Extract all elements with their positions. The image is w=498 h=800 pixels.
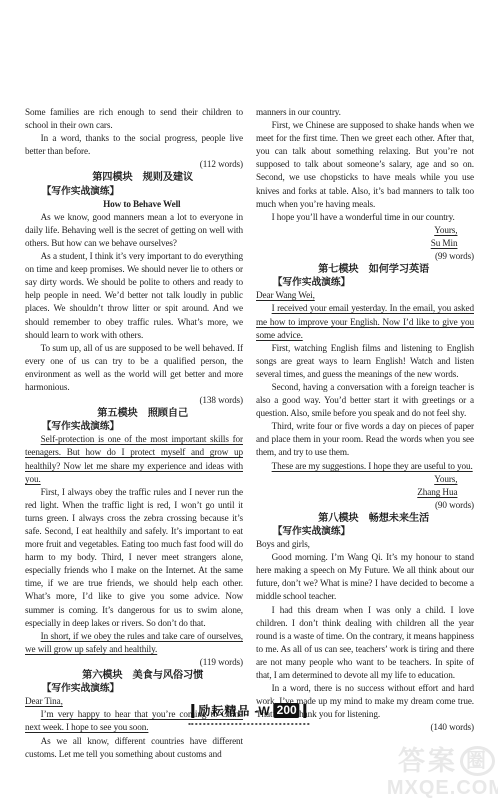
signature: Su Min [256, 237, 474, 250]
module4-heading: 第四模块 规则及建议 [25, 171, 243, 184]
paragraph: As we know, good manners mean a lot to e… [25, 211, 243, 250]
series-label: -W [254, 704, 269, 718]
signoff: Yours, [256, 224, 474, 237]
module7-heading: 第七模块 如何学习英语 [256, 263, 474, 276]
paragraph: I had this dream when I was only a child… [256, 604, 474, 683]
paragraph: First, watching English films and listen… [256, 342, 474, 381]
two-column-layout: Some families are rich enough to send th… [25, 106, 475, 761]
watermark: 答案 圈 MXQE.COM [387, 746, 498, 800]
watermark-circle-icon: 圈 [460, 746, 495, 776]
paragraph: In a word, thanks to the social progress… [25, 132, 243, 158]
paragraph: Some families are rich enough to send th… [25, 106, 243, 132]
watermark-site: MXQE.COM [387, 776, 498, 800]
practice-label: 【写作实战演练】 [25, 682, 243, 695]
page-number-badge: 200 [274, 703, 300, 718]
book-page: Some families are rich enough to send th… [0, 0, 498, 800]
practice-label: 【写作实战演练】 [256, 525, 474, 538]
essay-title: How to Behave Well [25, 198, 243, 211]
word-count: (99 words) [256, 250, 474, 263]
page-footer: 励耘精品 -W 200 [188, 701, 309, 725]
practice-label: 【写作实战演练】 [256, 276, 474, 289]
word-count: (138 words) [25, 394, 243, 407]
underlined-paragraph: These are my suggestions. I hope they ar… [256, 460, 474, 473]
paragraph: Good morning. I’m Wang Qi. It’s my honou… [256, 551, 474, 603]
word-count: (112 words) [25, 158, 243, 171]
paragraph: Third, write four or five words a day on… [256, 420, 474, 459]
underlined-paragraph: In short, if we obey the rules and take … [25, 630, 243, 656]
practice-label: 【写作实战演练】 [25, 420, 243, 433]
paragraph: First, we Chinese are supposed to shake … [256, 119, 474, 211]
module5-heading: 第五模块 照顾自己 [25, 407, 243, 420]
word-count: (90 words) [256, 499, 474, 512]
paragraph: As a student, I think it’s very importan… [25, 250, 243, 342]
signature: Zhang Hua [256, 486, 474, 499]
signoff: Yours, [256, 473, 474, 486]
paragraph: I hope you’ll have a wonderful time in o… [256, 211, 474, 224]
paragraph: Second, having a conversation with a for… [256, 381, 474, 420]
right-column: manners in our country. First, we Chines… [256, 106, 474, 761]
watermark-logo: 答案 圈 [387, 746, 498, 776]
left-column: Some families are rich enough to send th… [25, 106, 243, 761]
footer-left-bar [191, 704, 194, 718]
paragraph: manners in our country. [256, 106, 474, 119]
practice-label: 【写作实战演练】 [25, 185, 243, 198]
paragraph: To sum up, all of us are supposed to be … [25, 342, 243, 394]
salutation: Dear Wang Wei, [256, 289, 474, 302]
module8-heading: 第八模块 畅想未来生活 [256, 512, 474, 525]
underlined-paragraph: Self-protection is one of the most impor… [25, 433, 243, 485]
paragraph: As we all know, different countries have… [25, 735, 243, 761]
brand-label: 励耘精品 [198, 702, 250, 719]
watermark-logo-text: 答案 [398, 746, 458, 776]
underlined-paragraph: I received your email yesterday. In the … [256, 302, 474, 341]
footer-right-bar [304, 704, 307, 718]
module6-heading: 第六模块 美食与风俗习惯 [25, 669, 243, 682]
salutation: Boys and girls, [256, 538, 474, 551]
paragraph: First, I always obey the traffic rules a… [25, 486, 243, 630]
word-count: (119 words) [25, 656, 243, 669]
